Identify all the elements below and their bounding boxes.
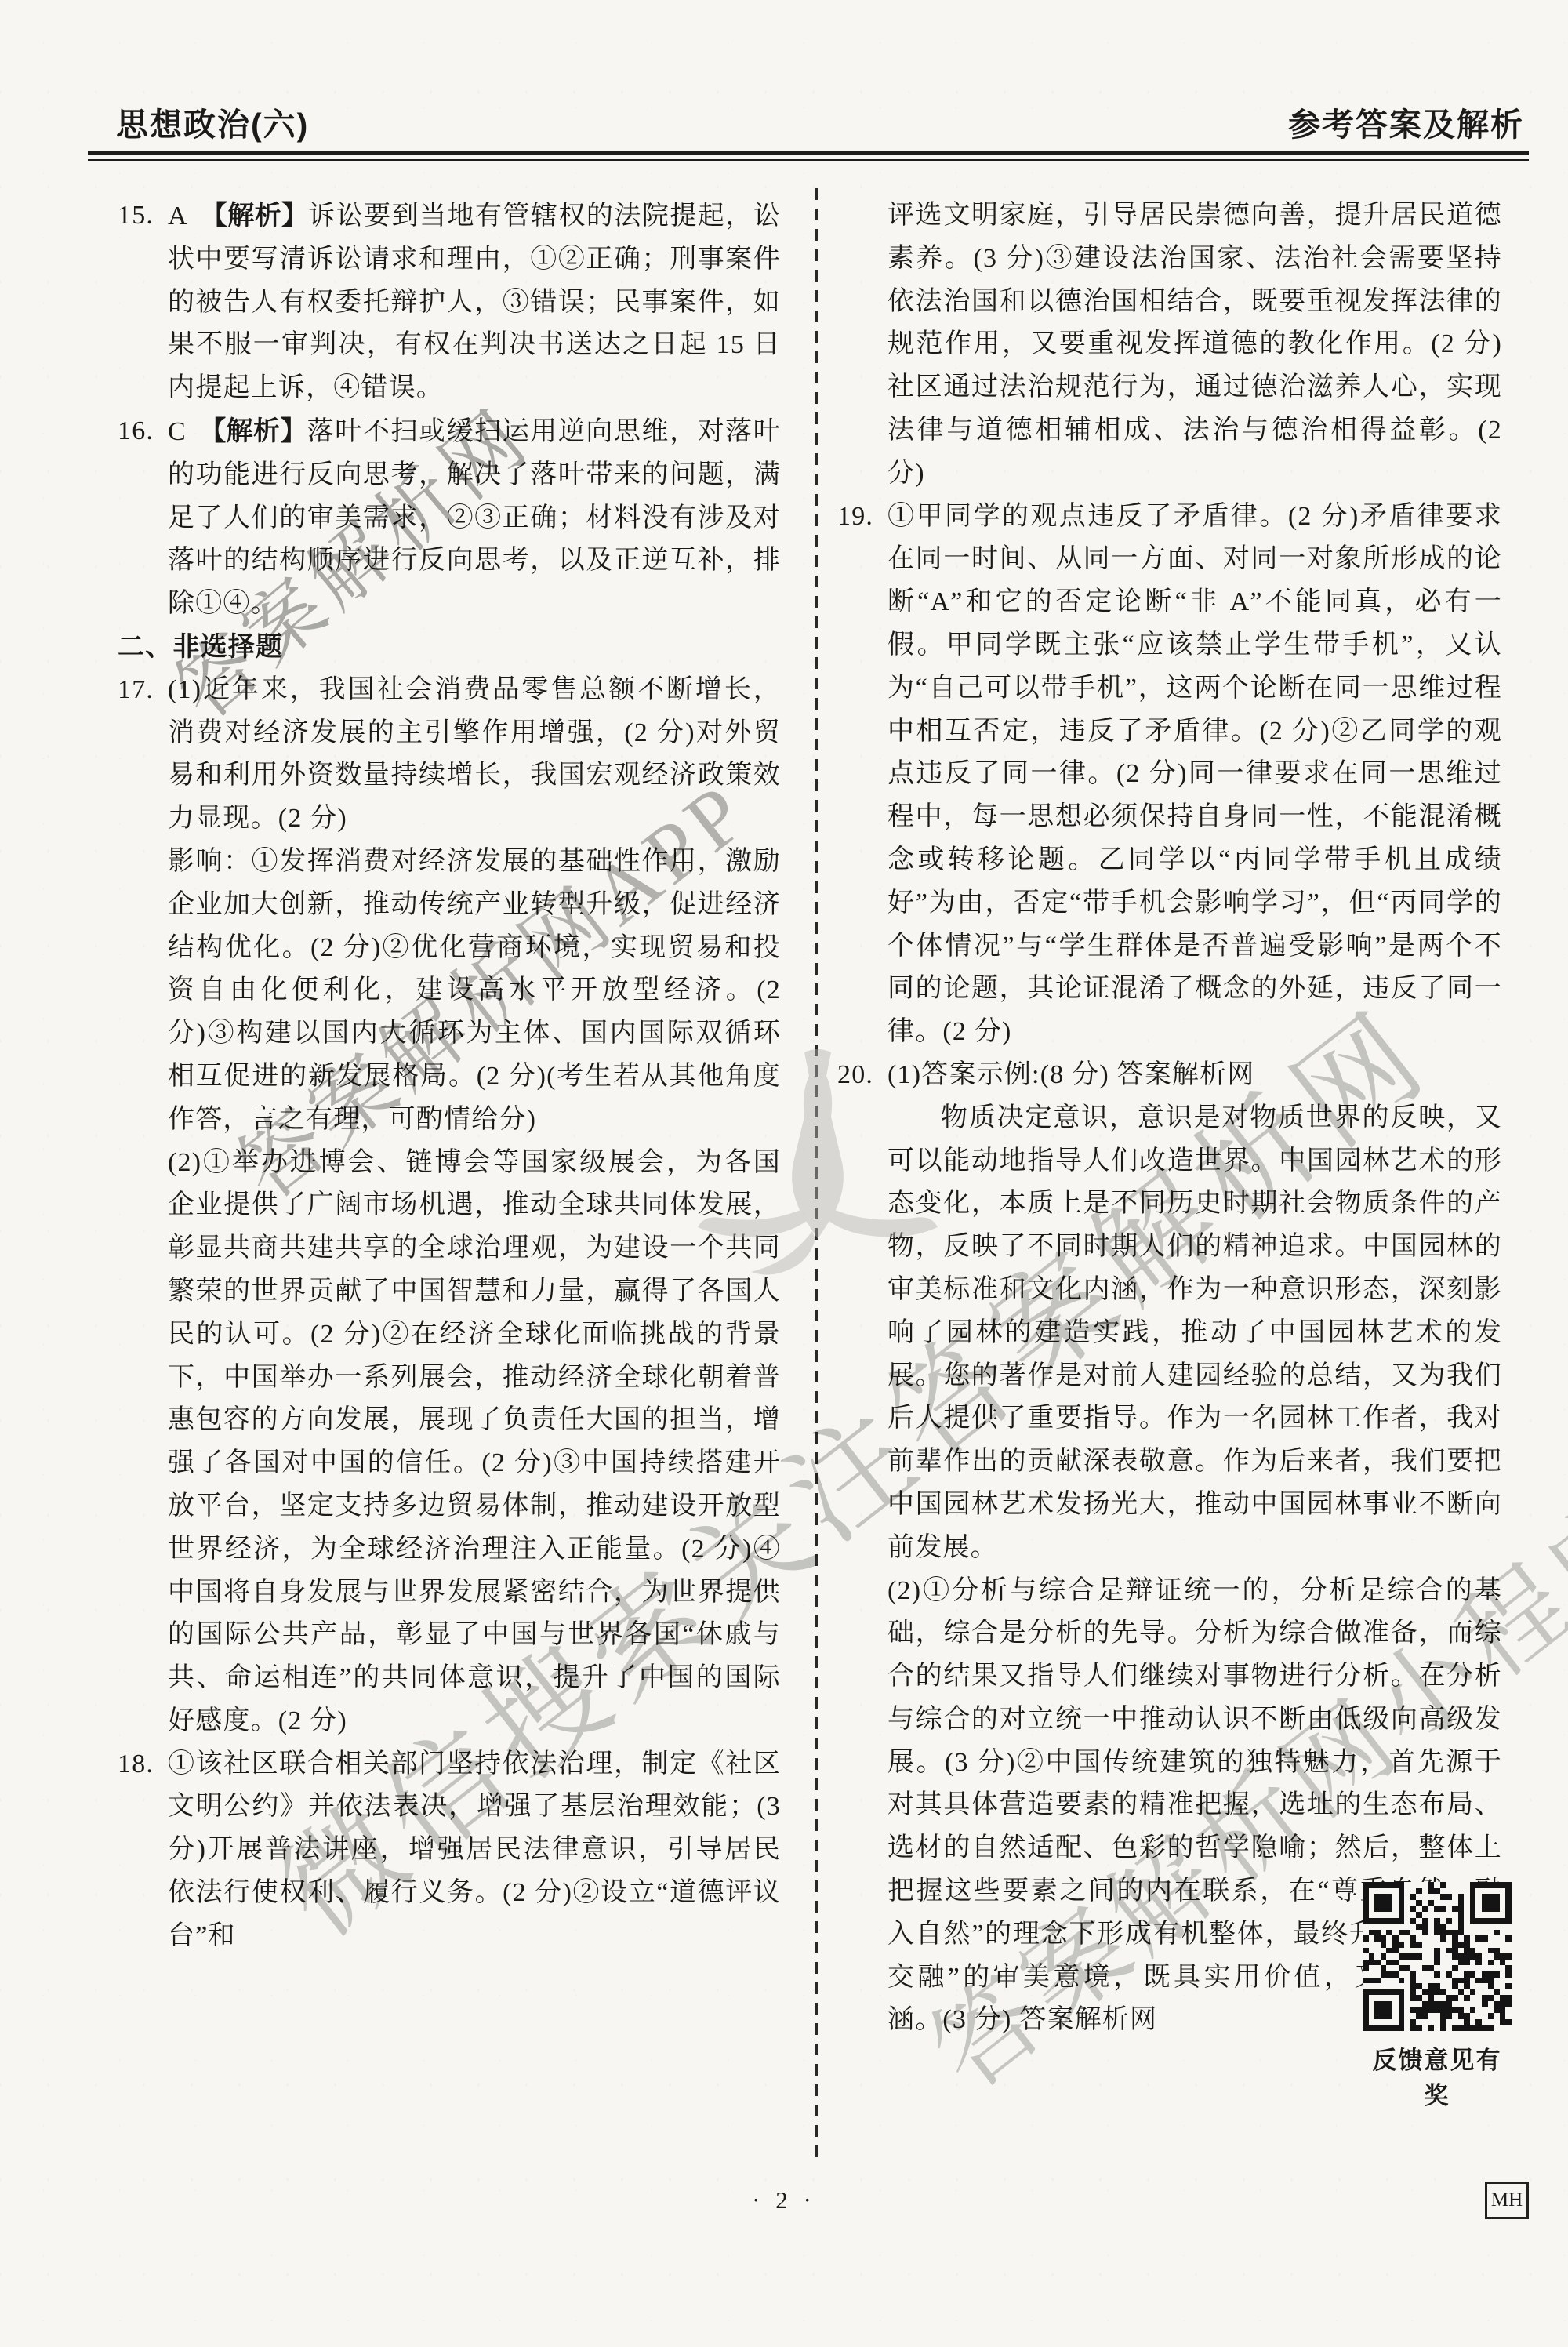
analysis-body: 落叶不扫或缓扫运用逆向思维，对落叶的功能进行反向思考，解决了落叶带来的问题，满足… [168, 417, 781, 618]
header-rule-thin [88, 159, 1529, 161]
analysis-label: 【解析】 [201, 201, 308, 231]
question-number: 18. [118, 1743, 154, 1786]
answer-paragraph: (1)答案示例:(8 分) 答案解析网 [887, 1054, 1502, 1097]
answer-letter: C [168, 417, 187, 446]
answer-sheet-page: 思想政治(六) 参考答案及解析 15. A【解析】诉讼要到当地有管辖权的法院提起… [0, 0, 1568, 2347]
header-page-title: 参考答案及解析 [1288, 99, 1524, 145]
qr-caption: 反馈意见有奖 [1363, 2040, 1512, 2111]
answer-paragraph: 物质决定意识，意识是对物质世界的反映，又可以能动地指导人们改造世界。中国园林艺术… [887, 1097, 1502, 1570]
question-number: 16. [118, 410, 154, 453]
answer-paragraph: ①甲同学的观点违反了矛盾律。(2 分)矛盾律要求在同一时间、从同一方面、对同一对… [887, 496, 1502, 1054]
answer-text: A【解析】诉讼要到当地有管辖权的法院提起，讼状中要写清诉讼请求和理由，①②正确；… [168, 194, 781, 410]
answer-item-16: 16. C【解析】落叶不扫或缓扫运用逆向思维，对落叶的功能进行反向思考，解决了落… [118, 410, 781, 626]
page-number: · 2 · [0, 2186, 1568, 2214]
answer-letter: A [168, 202, 188, 231]
answer-paragraph: (1)近年来，我国社会消费品零售总额不断增长，消费对经济发展的主引擎作用增强，(… [168, 669, 781, 841]
answer-item-18-continued: 评选文明家庭，引导居民崇德向善，提升居民道德素养。(3 分)③建设法治国家、法治… [837, 194, 1502, 496]
question-number: 17. [118, 669, 154, 712]
answer-paragraph: (2)①举办进博会、链博会等国家级展会，为各国企业提供了广阔市场机遇，推动全球共… [168, 1142, 781, 1743]
answer-item-18: 18. ①该社区联合相关部门坚持依法治理，制定《社区文明公约》并依法表决，增强了… [118, 1743, 781, 1958]
header-course-title: 思想政治(六) [116, 99, 309, 145]
answer-item-17: 17. (1)近年来，我国社会消费品零售总额不断增长，消费对经济发展的主引擎作用… [118, 669, 781, 1743]
publisher-mark-badge: MH [1485, 2182, 1529, 2219]
section-heading-non-choice: 二、非选择题 [118, 626, 781, 669]
vase-plant-ornament [696, 1043, 939, 1302]
answer-text: C【解析】落叶不扫或缓扫运用逆向思维，对落叶的功能进行反向思考，解决了落叶带来的… [168, 410, 781, 626]
answer-item-19: 19. ①甲同学的观点违反了矛盾律。(2 分)矛盾律要求在同一时间、从同一方面、… [837, 496, 1502, 1054]
answer-item-15: 15. A【解析】诉讼要到当地有管辖权的法院提起，讼状中要写清诉讼请求和理由，①… [118, 194, 781, 410]
analysis-label: 【解析】 [199, 416, 307, 446]
header-rule-thick [88, 151, 1529, 155]
qr-block: 反馈意见有奖 [1363, 1882, 1512, 2111]
answer-paragraph: 影响：①发挥消费对经济发展的基础性作用，激励企业加大创新，推动传统产业转型升级，… [168, 841, 781, 1142]
qr-code [1363, 1882, 1512, 2031]
answer-paragraph: ①该社区联合相关部门坚持依法治理，制定《社区文明公约》并依法表决，增强了基层治理… [168, 1743, 781, 1958]
left-column: 15. A【解析】诉讼要到当地有管辖权的法院提起，讼状中要写清诉讼请求和理由，①… [118, 194, 781, 1958]
analysis-body: 诉讼要到当地有管辖权的法院提起，讼状中要写清诉讼请求和理由，①②正确；刑事案件的… [168, 202, 781, 402]
question-number: 15. [118, 194, 154, 238]
answer-paragraph: 评选文明家庭，引导居民崇德向善，提升居民道德素养。(3 分)③建设法治国家、法治… [887, 194, 1502, 496]
question-number: 19. [837, 496, 873, 539]
